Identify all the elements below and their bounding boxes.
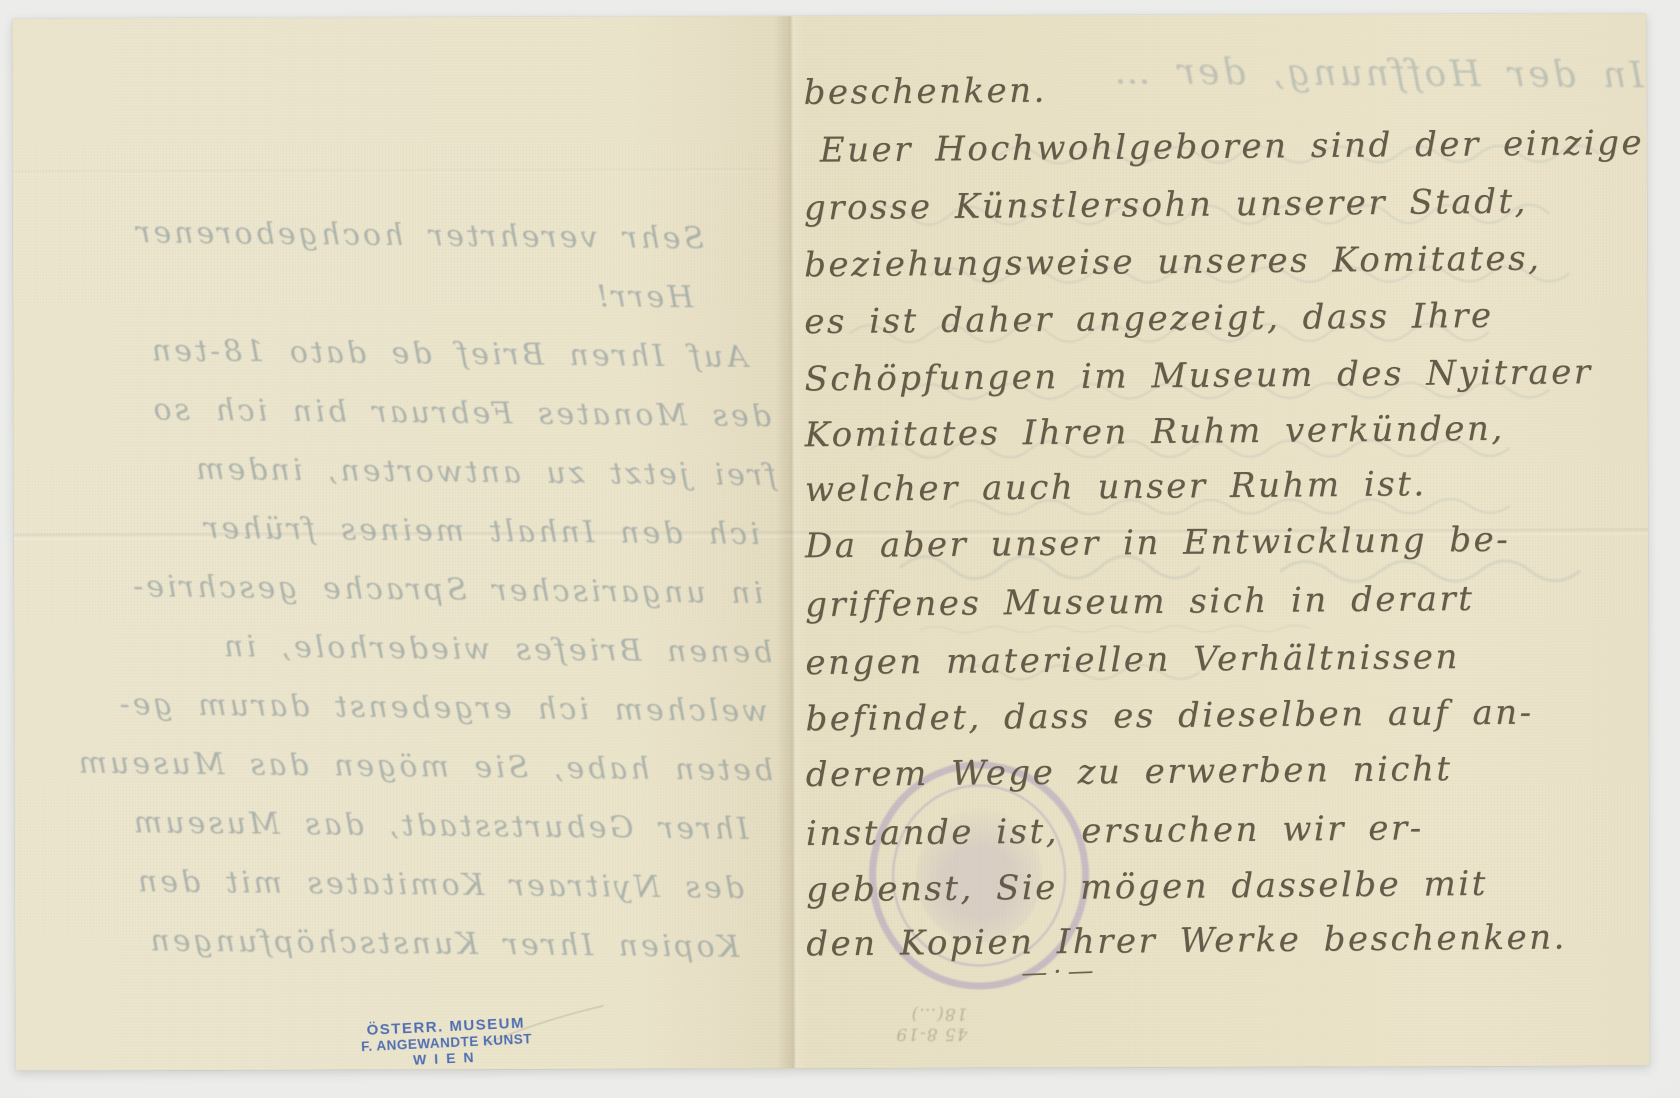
ghost-line: des Nyitraer Komitates mit den — [57, 851, 745, 917]
handwriting-line: beschenken. — [803, 71, 1047, 113]
letter-paper: Sehr verehrter hochgeborener Herr! Auf I… — [12, 13, 1649, 1070]
ghost-line: frei jetzt zu antworten, indem — [61, 438, 777, 505]
museum-ink-stamp: ÖSTERR. MUSEUM F. ANGEWANDTE KUNST WIEN — [351, 1015, 543, 1071]
horizontal-crease — [13, 168, 775, 174]
pencil-note-line: 18(…) — [827, 1004, 967, 1024]
handwriting-line: instande ist, ersuchen wir er- — [806, 808, 1424, 854]
ghost-line: des Monates Februar bin ich so — [62, 379, 772, 446]
handwriting-line: derem Wege zu erwerben nicht — [806, 749, 1453, 795]
handwriting-line: griffenes Museum sich in derart — [805, 579, 1474, 625]
handwriting-line: es ist daher angezeigt, dass Ihre — [804, 296, 1494, 342]
ghost-line: Auf Ihren Brief de dato 18-ten — [62, 320, 748, 386]
ghost-line: ich den Inhalt meines früher — [60, 497, 760, 564]
ghost-line: benen Briefes wiederhole, in — [59, 615, 773, 682]
pencil-note-line: 45 8-19 — [828, 1024, 968, 1044]
handwriting-line: grosse Künstlersohn unserer Stadt, — [804, 182, 1528, 229]
ghost-squiggle — [920, 625, 1310, 632]
handwriting-line: befindet, dass es dieselben auf an- — [805, 693, 1533, 740]
handwriting-line: welcher auch unser Ruhm ist. — [805, 464, 1427, 510]
ghost-line: welchem ich ergebenst darum ge- — [59, 674, 769, 741]
ghost-line: Kopien Ihrer Kunstschöpfungen — [56, 910, 740, 976]
handwriting-line: Schöpfungen im Museum des Nyitraer — [804, 352, 1592, 399]
handwriting-line: Da aber unser in Entwicklung be- — [805, 520, 1511, 567]
ghost-line: beten habe, Sie mögen das Museum — [58, 733, 774, 800]
handwriting-line: Euer Hochwohlgeboren sind der einzige — [820, 123, 1645, 171]
handwriting-line: gebenst, Sie mögen dasselbe mit — [806, 864, 1488, 910]
ghost-line: in ungarischer Sprache geschrie- — [60, 556, 764, 623]
handwriting-line: engen materiellen Verhältnissen — [805, 637, 1460, 683]
letter-photo: Sehr verehrter hochgeborener Herr! Auf I… — [0, 0, 1680, 1098]
handwriting-line: den Kopien Ihrer Werke beschenken. — [806, 917, 1567, 964]
bleed-through-text-block: Sehr verehrter hochgeborener Herr! Auf I… — [56, 202, 779, 977]
end-flourish: —·— — [1021, 956, 1100, 989]
handwriting-line: Komitates Ihren Ruhm verkünden, — [804, 409, 1504, 455]
pencil-inventory-note: 45 8-19 18(…) — [827, 1004, 967, 1044]
ghost-line: Ihrer Geburtsstadt, das Museum — [57, 792, 749, 858]
handwriting-line: beziehungsweise unseres Komitates, — [804, 239, 1542, 286]
ghost-line: Sehr verehrter hochgeborener — [64, 202, 705, 268]
ghost-line: Herr! — [63, 261, 694, 327]
